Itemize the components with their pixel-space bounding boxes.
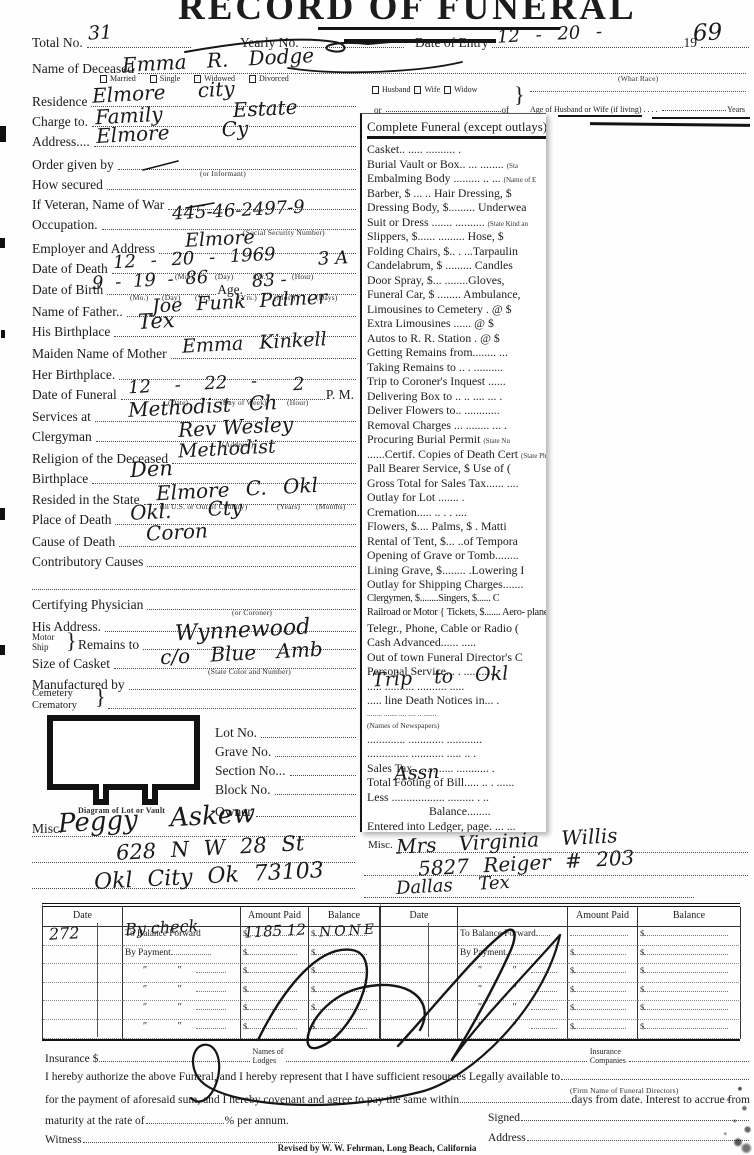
- field-manufactured-by: Manufactured by: [32, 676, 357, 693]
- race-sublabel: (What Race): [618, 74, 658, 83]
- slip-item: Cremation..... .. . . ....: [367, 505, 546, 520]
- ssn-sublabel: (Social Security Number): [243, 228, 325, 237]
- slip-item: Out of town Funeral Director's C: [367, 650, 546, 665]
- slip-items: Casket.. ..... .......... . Burial Vault…: [367, 142, 546, 832]
- motor-ship-labels: Motor Ship: [32, 632, 55, 652]
- entry-year-value: 69: [692, 19, 723, 46]
- slip-item: Slippers, $...... ......... Hose, $: [367, 229, 546, 244]
- field-certifying-physician: Certifying Physician: [32, 596, 357, 613]
- slip-item: Procuring Burial Permit (State Nu: [367, 432, 546, 447]
- amount-cell: $: [568, 1001, 638, 1020]
- relation-options: HusbandWifeWidow: [372, 85, 481, 94]
- birthplace-value: Den: [129, 456, 173, 482]
- his-birthplace-value: Tex: [137, 308, 175, 334]
- balance-cell: $: [638, 983, 741, 1002]
- balance-header: Balance: [638, 907, 741, 927]
- slip-item: Extra Limousines ...... @ $: [367, 316, 546, 331]
- day-sublabel: (Day): [215, 272, 234, 281]
- payment-clause-row: for the payment of aforesaid sum, and I …: [45, 1094, 750, 1106]
- rule-fragment: [558, 115, 642, 117]
- scan-artifact: [1, 330, 5, 338]
- date-cell: [381, 927, 458, 946]
- field-section-no: Section No...: [215, 762, 357, 779]
- slip-item: Flowers, $.... Palms, $ . Matti: [367, 519, 546, 534]
- slip-header: Complete Funeral (except outlays): [367, 119, 546, 139]
- payment-clause-text: for the payment of aforesaid sum, and I …: [45, 1094, 459, 1106]
- balance-value: NONE: [319, 921, 378, 940]
- desc-cell: ″ ″: [458, 1020, 568, 1039]
- date-cell: [381, 1020, 458, 1039]
- authorize-text: I hereby authorize the above Funeral, an…: [45, 1071, 560, 1083]
- slip-item: .............. ........... ..... .. .: [367, 746, 546, 761]
- date-value: 272: [49, 923, 80, 944]
- date-cell: [43, 1020, 123, 1039]
- field-block-no: Block No.: [215, 781, 357, 798]
- relation-option: Husband: [372, 85, 410, 94]
- desc-cell: ″ ″: [123, 964, 241, 983]
- maturity-text: maturity at the rate of: [45, 1115, 145, 1127]
- checkbox-icon: [249, 75, 256, 83]
- mo-sublabel: (Mo.): [130, 293, 148, 302]
- cemetery-brace: }: [95, 686, 106, 708]
- field-order-given-by: Order given by: [32, 156, 357, 173]
- slip-item: Trip to Coroner's Inquest ......: [367, 374, 546, 389]
- date-cell: [43, 946, 123, 965]
- balance-cell: $: [638, 1001, 741, 1020]
- rule-fragment: [652, 117, 750, 119]
- slip-item: Railroad or Motor { Tickets, $....... Ae…: [367, 606, 546, 621]
- slip-item: Barber, $ ... .. Hair Dressing, $: [367, 186, 546, 201]
- slip-item: Gross Total for Sales Tax...... ....: [367, 476, 546, 491]
- balance-cell: $: [638, 964, 741, 983]
- balance-cell: $: [309, 1001, 380, 1020]
- table-inner-line: [97, 923, 98, 1037]
- amount-cell: $: [241, 983, 309, 1002]
- slip-item: Dressing Body, $......... Underwea: [367, 200, 546, 215]
- hour-sublabel: (Hour): [292, 272, 314, 281]
- or-coroner-sublabel: (or Coroner): [232, 608, 272, 617]
- slip-item: Clergymen, $........Singers, $...... C: [367, 592, 546, 607]
- amount-cell: $: [568, 946, 638, 965]
- desc-cell: ″ ″: [123, 1001, 241, 1020]
- date-header: Date: [381, 907, 458, 927]
- balance-cell: $: [638, 946, 741, 965]
- amount-cell: $: [568, 1020, 638, 1039]
- amount-paid-header: Amount Paid: [568, 907, 638, 927]
- amount-cell: $: [568, 964, 638, 983]
- date-cell: 272: [43, 927, 123, 946]
- misc-right-label: Misc.: [368, 839, 393, 851]
- rule-fragment: [590, 122, 750, 126]
- slip-item: ......Certif. Copies of Death Cert (Stat…: [367, 447, 546, 462]
- less-value: Assn: [393, 761, 440, 785]
- slip-item: Casket.. ..... .......... .: [367, 142, 546, 157]
- amount-cell: $: [241, 1020, 309, 1039]
- slip-item: Outlay for Shipping Charges.......: [367, 577, 546, 592]
- slip-item: Outlay for Lot ....... .: [367, 490, 546, 505]
- slip-item: Rental of Tent, $... ..of Tempora: [367, 534, 546, 549]
- slip-item: Suit or Dress ....... .......... (State …: [367, 215, 546, 230]
- balance-cell: $: [309, 946, 380, 965]
- insurance-label: Insurance $: [45, 1053, 98, 1065]
- cause-of-death-value: Coron: [145, 518, 208, 545]
- date-cell: [43, 983, 123, 1002]
- slip-item: Lining Grave, $........ .Lowering I: [367, 563, 546, 578]
- months-sublabel: (Months): [316, 502, 346, 511]
- desc-cell: To Balance ForwardBy check: [123, 927, 241, 946]
- checkbox-icon: [100, 75, 107, 83]
- date-cell: [43, 964, 123, 983]
- maturity-row: maturity at the rate of % per annum.: [45, 1115, 345, 1127]
- slip-item: Cash Advanced...... .....: [367, 635, 546, 650]
- desc-cell: ″ ″: [123, 1020, 241, 1039]
- slip-item: Embalming Body ......... .. ... (Name of…: [367, 171, 546, 186]
- amount-cell: $: [241, 964, 309, 983]
- slip-item: Pall Bearer Service, $ Use of (: [367, 461, 546, 476]
- balance-cell: $NONE: [309, 927, 380, 946]
- insurance-row: Insurance $ Names ofLodges InsuranceComp…: [45, 1048, 750, 1065]
- relation-brace: }: [514, 84, 525, 106]
- checkbox-icon: [444, 86, 451, 94]
- funeral-record-document: RECORD OF FUNERAL Total No. 31 Yearly No…: [0, 0, 754, 1155]
- desc-cell: ″ ″: [458, 983, 568, 1002]
- slip-item: Telegr., Phone, Cable or Radio (: [367, 621, 546, 636]
- cemetery-crematory-labels: Cemetery Crematory: [32, 688, 77, 711]
- desc-cell: By Payment: [458, 946, 568, 965]
- slip-item: ............. ............ ............: [367, 732, 546, 747]
- hour-sublabel: (Hour): [287, 398, 309, 407]
- footer-credit: Revised by W. W. Fehrman, Long Beach, Ca…: [0, 1143, 754, 1153]
- misc-right-line3: Dallas Tex: [396, 872, 511, 899]
- lot-diagram: [42, 710, 207, 808]
- balance-cell: $: [309, 1020, 380, 1039]
- death-hour-value: 3 A: [317, 247, 348, 270]
- slip-item: Delivering Box to .. .. .... ... .: [367, 389, 546, 404]
- funeral-hour-value: 2: [292, 374, 305, 396]
- slip-item: ........ ....... .... .... .. .......: [367, 708, 546, 720]
- misc-right-block: Misc. Mrs Virginia Willis 5827 Reiger # …: [362, 833, 754, 899]
- slip-item: Door Spray, $... ........Gloves,: [367, 273, 546, 288]
- slip-item: Getting Remains from........ ...: [367, 345, 546, 360]
- amount-cell: $: [241, 946, 309, 965]
- slip-item: Deliver Flowers to.. ............: [367, 403, 546, 418]
- balance-cell: $: [638, 1020, 741, 1039]
- slip-item: Autos to R. R. Station . @ $: [367, 331, 546, 346]
- remains-brace: }: [66, 630, 77, 652]
- slip-item: (Names of Newspapers): [367, 720, 546, 732]
- amount-cell: $: [241, 1001, 309, 1020]
- checkbox-icon: [414, 86, 421, 94]
- slip-item: ..... line Death Notices in... .: [367, 693, 546, 708]
- slip-item: Candelabrum, $ ......... Candles: [367, 258, 546, 273]
- scan-artifact: [0, 126, 6, 142]
- slip-item: Less .................. ......... . ..: [367, 790, 546, 805]
- payment-table-left: Date Amount Paid Balance 272 To Balance …: [42, 903, 380, 1041]
- field-how-secured: How secured: [32, 176, 357, 193]
- method-value: By check: [125, 916, 199, 939]
- lodges-label: Names ofLodges: [251, 1048, 286, 1065]
- slip-item: Removal Charges ... ........ ... .: [367, 418, 546, 433]
- balance-cell: $: [638, 927, 741, 946]
- cemetery-line: [108, 707, 356, 709]
- date-cell: [381, 946, 458, 965]
- payment-table-right: Date Amount Paid Balance To Balance Forw…: [380, 903, 740, 1041]
- spouse-line: [530, 90, 746, 92]
- field-contributory-causes: Contributory Causes: [32, 553, 357, 570]
- authorize-row: I hereby authorize the above Funeral, an…: [45, 1071, 750, 1083]
- ink-stain: [690, 1070, 754, 1155]
- age-of-spouse-line: Age of Husband or Wife (if living) . . .…: [530, 97, 748, 114]
- checkbox-icon: [372, 86, 379, 94]
- amount-cell: $1185 12: [241, 927, 309, 946]
- scan-artifact: [0, 645, 5, 655]
- field-lot-no: Lot No.: [215, 724, 357, 741]
- casket-color-sublabel: (State Color and Number): [208, 667, 291, 676]
- date-cell: [381, 964, 458, 983]
- slip-item: Folding Chairs, $.. . ...Tarpaulin: [367, 244, 546, 259]
- slip-item: Funeral Car, $ ........ Ambulance,: [367, 287, 546, 302]
- date-cell: [381, 1001, 458, 1020]
- desc-cell: By Payment: [123, 946, 241, 965]
- relation-option: Widow: [444, 85, 477, 94]
- years-sublabel: (Years): [277, 502, 300, 511]
- slip-item: Balance........: [367, 804, 546, 819]
- table-inner-line: [428, 923, 429, 1037]
- amount-cell: $: [568, 983, 638, 1002]
- desc-cell: ″ ″: [458, 964, 568, 983]
- marital-option: Divorced: [249, 74, 289, 83]
- slip-item: Taking Remains to .. . ..........: [367, 360, 546, 375]
- amount-cell: [568, 927, 638, 946]
- balance-cell: $: [309, 964, 380, 983]
- slip-item: Burial Vault or Box.. ... ........ (Sta: [367, 157, 546, 172]
- balance-cell: $: [309, 983, 380, 1002]
- desc-header: [458, 907, 568, 927]
- desc-cell: To Balance Forward: [458, 927, 568, 946]
- desc-cell: ″ ″: [458, 1001, 568, 1020]
- scan-artifact: [0, 508, 5, 520]
- signed-label: Signed: [488, 1112, 520, 1124]
- billing-slip: Complete Funeral (except outlays) Casket…: [360, 113, 546, 832]
- field-grave-no: Grave No.: [215, 743, 357, 760]
- percent-text: % per annum.: [225, 1115, 289, 1127]
- date-cell: [381, 983, 458, 1002]
- slip-item: Opening of Grave or Tomb........: [367, 548, 546, 563]
- date-cell: [43, 1001, 123, 1020]
- amount-value: 1185 12: [244, 920, 307, 941]
- slip-item: Limousines to Cemetery . @ $: [367, 302, 546, 317]
- scan-artifact: [0, 238, 5, 248]
- blank-line: [32, 588, 355, 590]
- total-no-value: 31: [87, 21, 112, 44]
- relation-option: Wife: [414, 85, 440, 94]
- companies-label: InsuranceCompanies: [588, 1048, 628, 1065]
- desc-cell: ″ ″: [123, 983, 241, 1002]
